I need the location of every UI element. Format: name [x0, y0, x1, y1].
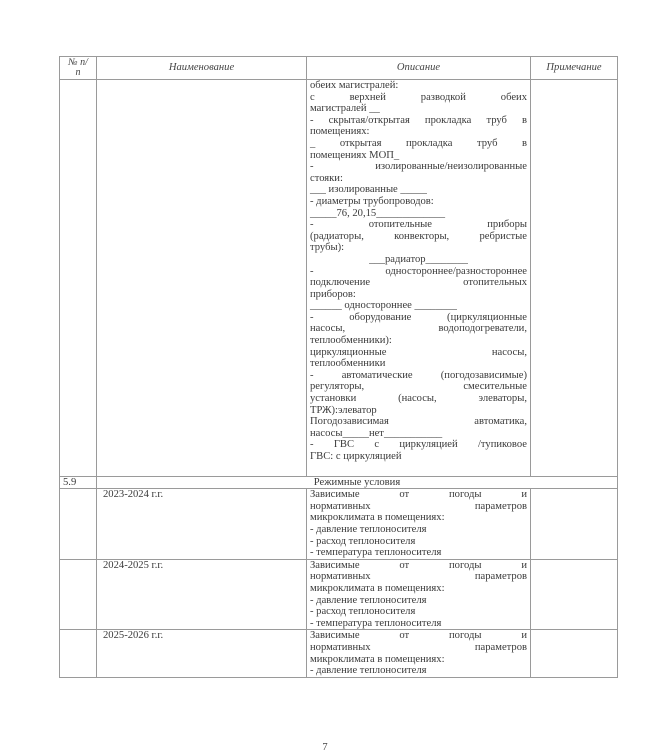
description-line: - давление теплоносителя — [310, 665, 527, 677]
section-title: Режимные условия — [97, 476, 618, 489]
cell-description: обеих магистралей:с верхней разводкой об… — [307, 80, 531, 477]
description-line: - температура теплоносителя — [310, 547, 527, 559]
description-line: подключение отопительных — [310, 277, 527, 289]
description-line: нормативных параметров — [310, 571, 527, 583]
description-line: - ГВС с циркуляцией /тупиковое — [310, 439, 527, 451]
description-line: микроклимата в помещениях: — [310, 654, 527, 666]
description-line: ______ одностороннее ________ — [310, 300, 527, 312]
cell-description: Зависимые от погоды инормативных парамет… — [307, 559, 531, 630]
description-line: Зависимые от погоды и — [310, 560, 527, 572]
cell-note — [531, 489, 618, 560]
description-line: - оборудование (циркуляционные — [310, 312, 527, 324]
cell-num — [60, 80, 97, 477]
table-header-row: № п/п Наименование Описание Примечание — [60, 57, 618, 80]
description-line: микроклимата в помещениях: — [310, 583, 527, 595]
cell-period-name: 2023-2024 г.г. — [97, 489, 307, 560]
description-line: помещениях МОП_ — [310, 150, 527, 162]
cell-note — [531, 630, 618, 677]
description-line: магистралей __ — [310, 103, 527, 115]
description-line: установки (насосы, элеваторы, — [310, 393, 527, 405]
description-line: - расход теплоносителя — [310, 536, 527, 548]
cell-num — [60, 559, 97, 630]
description-line: регуляторы, смесительные — [310, 381, 527, 393]
description-line: с верхней разводкой обеих — [310, 92, 527, 104]
cell-num — [60, 489, 97, 560]
cell-num — [60, 630, 97, 677]
description-line: насосы, водоподогреватели, — [310, 323, 527, 335]
description-line: - диаметры трубопроводов: — [310, 196, 527, 208]
description-line: Погодозависимая автоматика, — [310, 416, 527, 428]
cell-period-name: 2024-2025 г.г. — [97, 559, 307, 630]
table-row-period: 2023-2024 г.г.Зависимые от погоды инорма… — [60, 489, 618, 560]
description-line: - одностороннее/разностороннее — [310, 266, 527, 278]
description-line: ГВС: с циркуляцией — [310, 451, 527, 463]
description-line: - давление теплоносителя — [310, 524, 527, 536]
table-row-continued: обеих магистралей:с верхней разводкой об… — [60, 80, 618, 477]
description-line: ТРЖ):элеватор — [310, 405, 527, 417]
description-line: теплообменники): — [310, 335, 527, 347]
description-line: (радиаторы, конвекторы, ребристые — [310, 231, 527, 243]
header-num: № п/п — [60, 57, 97, 80]
description-line: _____76, 20,15_____________ — [310, 208, 527, 220]
heating-system-table: № п/п Наименование Описание Примечание о… — [59, 56, 618, 678]
description-line: _ открытая прокладка труб в — [310, 138, 527, 150]
description-line: циркуляционные насосы, — [310, 347, 527, 359]
description-line: приборов: — [310, 289, 527, 301]
page-number: 7 — [0, 742, 650, 753]
description-line: нормативных параметров — [310, 642, 527, 654]
cell-description: Зависимые от погоды инормативных парамет… — [307, 489, 531, 560]
description-line: - скрытая/открытая прокладка труб в — [310, 115, 527, 127]
description-line: стояки: — [310, 173, 527, 185]
section-num: 5.9 — [60, 476, 97, 489]
cell-note — [531, 80, 618, 477]
description-line: - изолированные/неизолированные — [310, 161, 527, 173]
description-line: - автоматические (погодозависимые) — [310, 370, 527, 382]
description-line: помещениях: — [310, 126, 527, 138]
cell-description: Зависимые от погоды инормативных парамет… — [307, 630, 531, 677]
description-line: Зависимые от погоды и — [310, 630, 527, 642]
description-line: ___радиатор________ — [310, 254, 527, 266]
description-line: микроклимата в помещениях: — [310, 512, 527, 524]
table-row-period: 2025-2026 г.г.Зависимые от погоды инорма… — [60, 630, 618, 677]
header-description: Описание — [307, 57, 531, 80]
description-line: Зависимые от погоды и — [310, 489, 527, 501]
header-note: Примечание — [531, 57, 618, 80]
cell-note — [531, 559, 618, 630]
description-line: нормативных параметров — [310, 501, 527, 513]
description-line: - давление теплоносителя — [310, 595, 527, 607]
description-line: - расход теплоносителя — [310, 606, 527, 618]
description-line: насосы_____нет___________ — [310, 428, 527, 440]
description-line: - отопительные приборы — [310, 219, 527, 231]
table-row-period: 2024-2025 г.г.Зависимые от погоды инорма… — [60, 559, 618, 630]
description-line: ___ изолированные _____ — [310, 184, 527, 196]
cell-name — [97, 80, 307, 477]
description-line: - температура теплоносителя — [310, 618, 527, 630]
cell-period-name: 2025-2026 г.г. — [97, 630, 307, 677]
description-line: теплообменники — [310, 358, 527, 370]
description-line: трубы): — [310, 242, 527, 254]
header-name: Наименование — [97, 57, 307, 80]
description-line: обеих магистралей: — [310, 80, 527, 92]
table-row-section: 5.9 Режимные условия — [60, 476, 618, 489]
